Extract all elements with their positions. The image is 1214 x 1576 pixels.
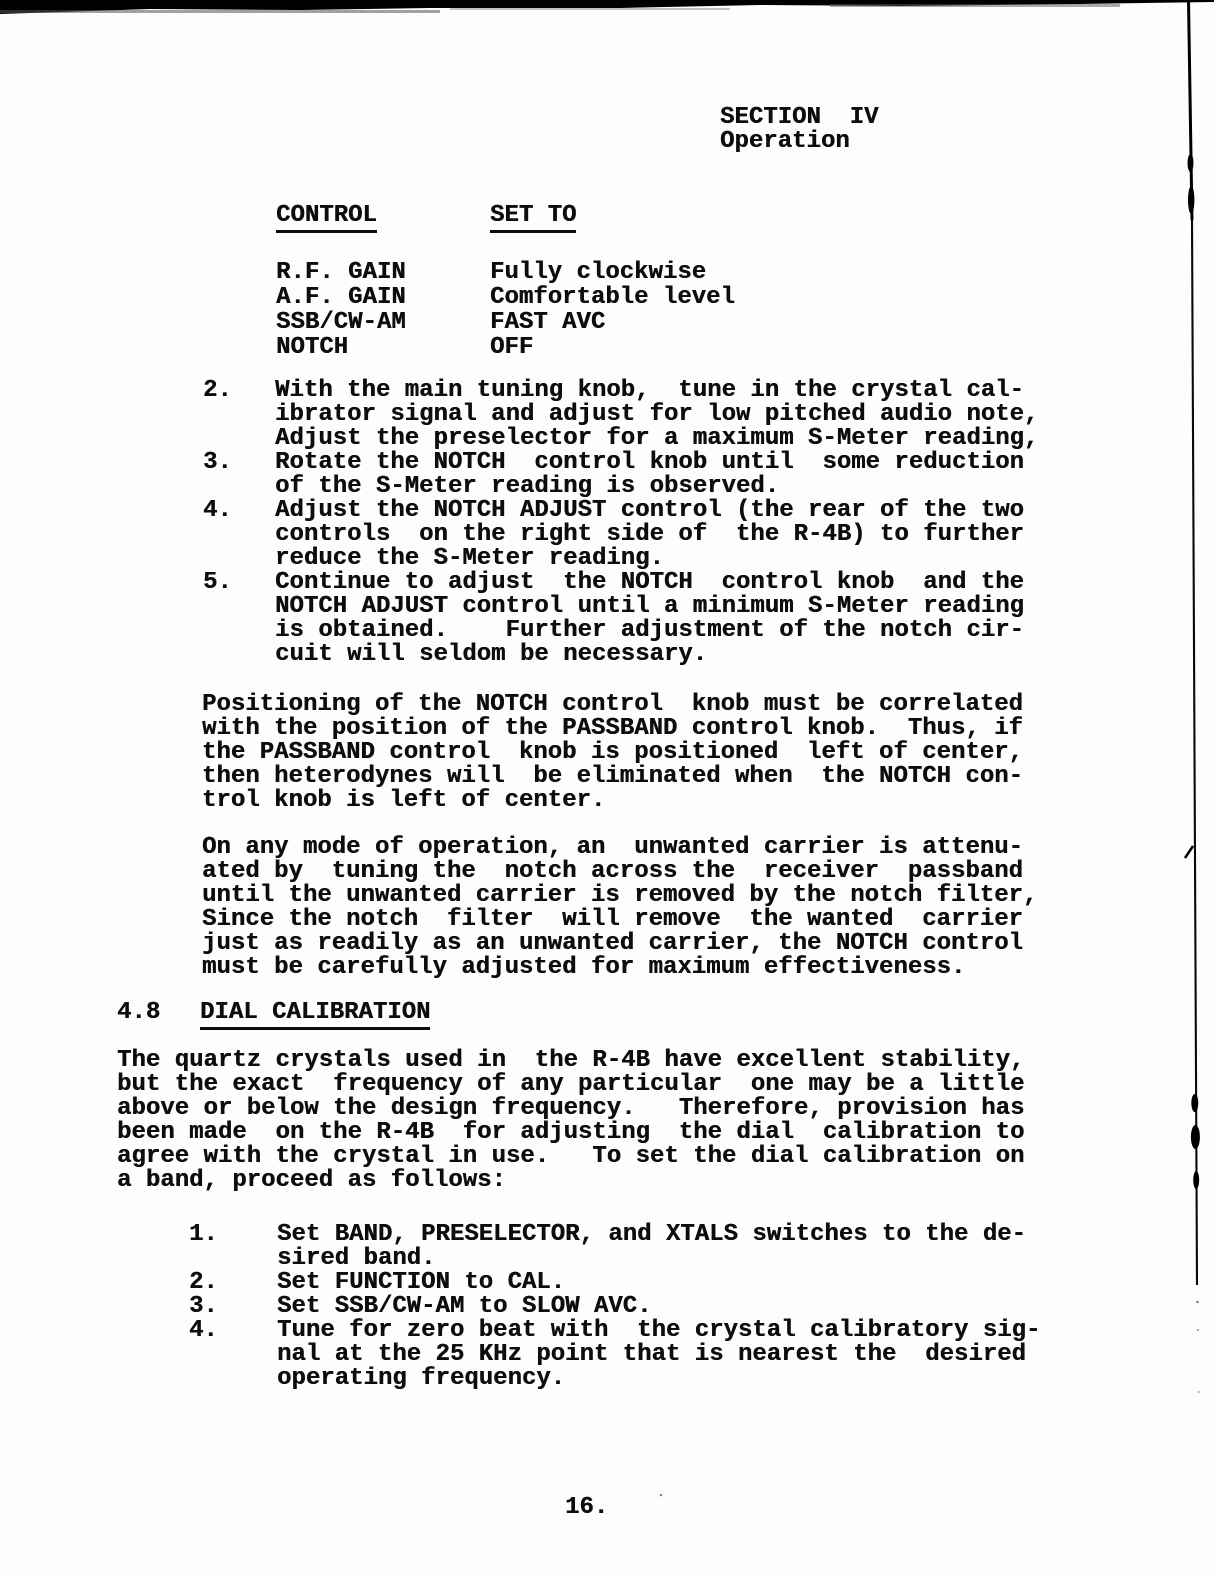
list-item-number: 1. <box>189 1223 218 1247</box>
table-header-control: CONTROL <box>276 204 377 233</box>
section-title: DIAL CALIBRATION <box>200 1001 430 1030</box>
list-item-text: Set BAND, PRESELECTOR, and XTALS switche… <box>277 1223 1026 1271</box>
page-header: SECTION IV Operation <box>720 106 878 154</box>
list-item-text: Adjust the NOTCH ADJUST control (the rea… <box>275 499 1024 571</box>
table-cell-set-to: OFF <box>490 335 533 360</box>
manual-page: SECTION IV Operation CONTROL SET TO R.F.… <box>0 0 1214 1576</box>
page-number: 16. <box>565 1496 608 1520</box>
table-cell-set-to: Comfortable level <box>490 285 735 310</box>
paragraph-dial-calibration: The quartz crystals used in the R-4B hav… <box>117 1049 1024 1193</box>
scan-artifact-gray-strip <box>830 4 1120 7</box>
list-item-number: 5. <box>203 571 232 595</box>
table-cell-control: NOTCH <box>276 335 348 360</box>
table-header-control-label: CONTROL <box>276 204 377 233</box>
list-item-number: 4. <box>203 499 232 523</box>
list-item-number: 3. <box>189 1295 218 1319</box>
list-item-text: With the main tuning knob, tune in the c… <box>275 379 1038 451</box>
table-header-set-to: SET TO <box>490 204 576 233</box>
paragraph-notch-usage: On any mode of operation, an unwanted ca… <box>202 836 1037 980</box>
paragraph-notch-positioning: Positioning of the NOTCH control knob mu… <box>202 693 1023 813</box>
section-title-label: DIAL CALIBRATION <box>200 1001 430 1030</box>
list-item-text: Set SSB/CW-AM to SLOW AVC. <box>277 1295 651 1319</box>
scan-artifact-gray-strip <box>450 8 730 10</box>
scan-artifact-gray-strip <box>0 10 440 13</box>
list-item-text: Set FUNCTION to CAL. <box>277 1271 565 1295</box>
table-cell-control: A.F. GAIN <box>276 285 406 310</box>
table-cell-set-to: Fully clockwise <box>490 260 706 285</box>
table-cell-control: SSB/CW-AM <box>276 310 406 335</box>
list-item-text: Rotate the NOTCH control knob until some… <box>275 451 1024 499</box>
list-item-number: 3. <box>203 451 232 475</box>
list-item-text: Tune for zero beat with the crystal cali… <box>277 1319 1040 1391</box>
table-cell-set-to: FAST AVC <box>490 310 605 335</box>
list-item-number: 4. <box>189 1319 218 1343</box>
list-item-number: 2. <box>189 1271 218 1295</box>
table-cell-control: R.F. GAIN <box>276 260 406 285</box>
list-item-number: 2. <box>203 379 232 403</box>
table-header-set-to-label: SET TO <box>490 204 576 233</box>
section-number: 4.8 <box>117 1001 160 1025</box>
list-item-text: Continue to adjust the NOTCH control kno… <box>275 571 1024 667</box>
